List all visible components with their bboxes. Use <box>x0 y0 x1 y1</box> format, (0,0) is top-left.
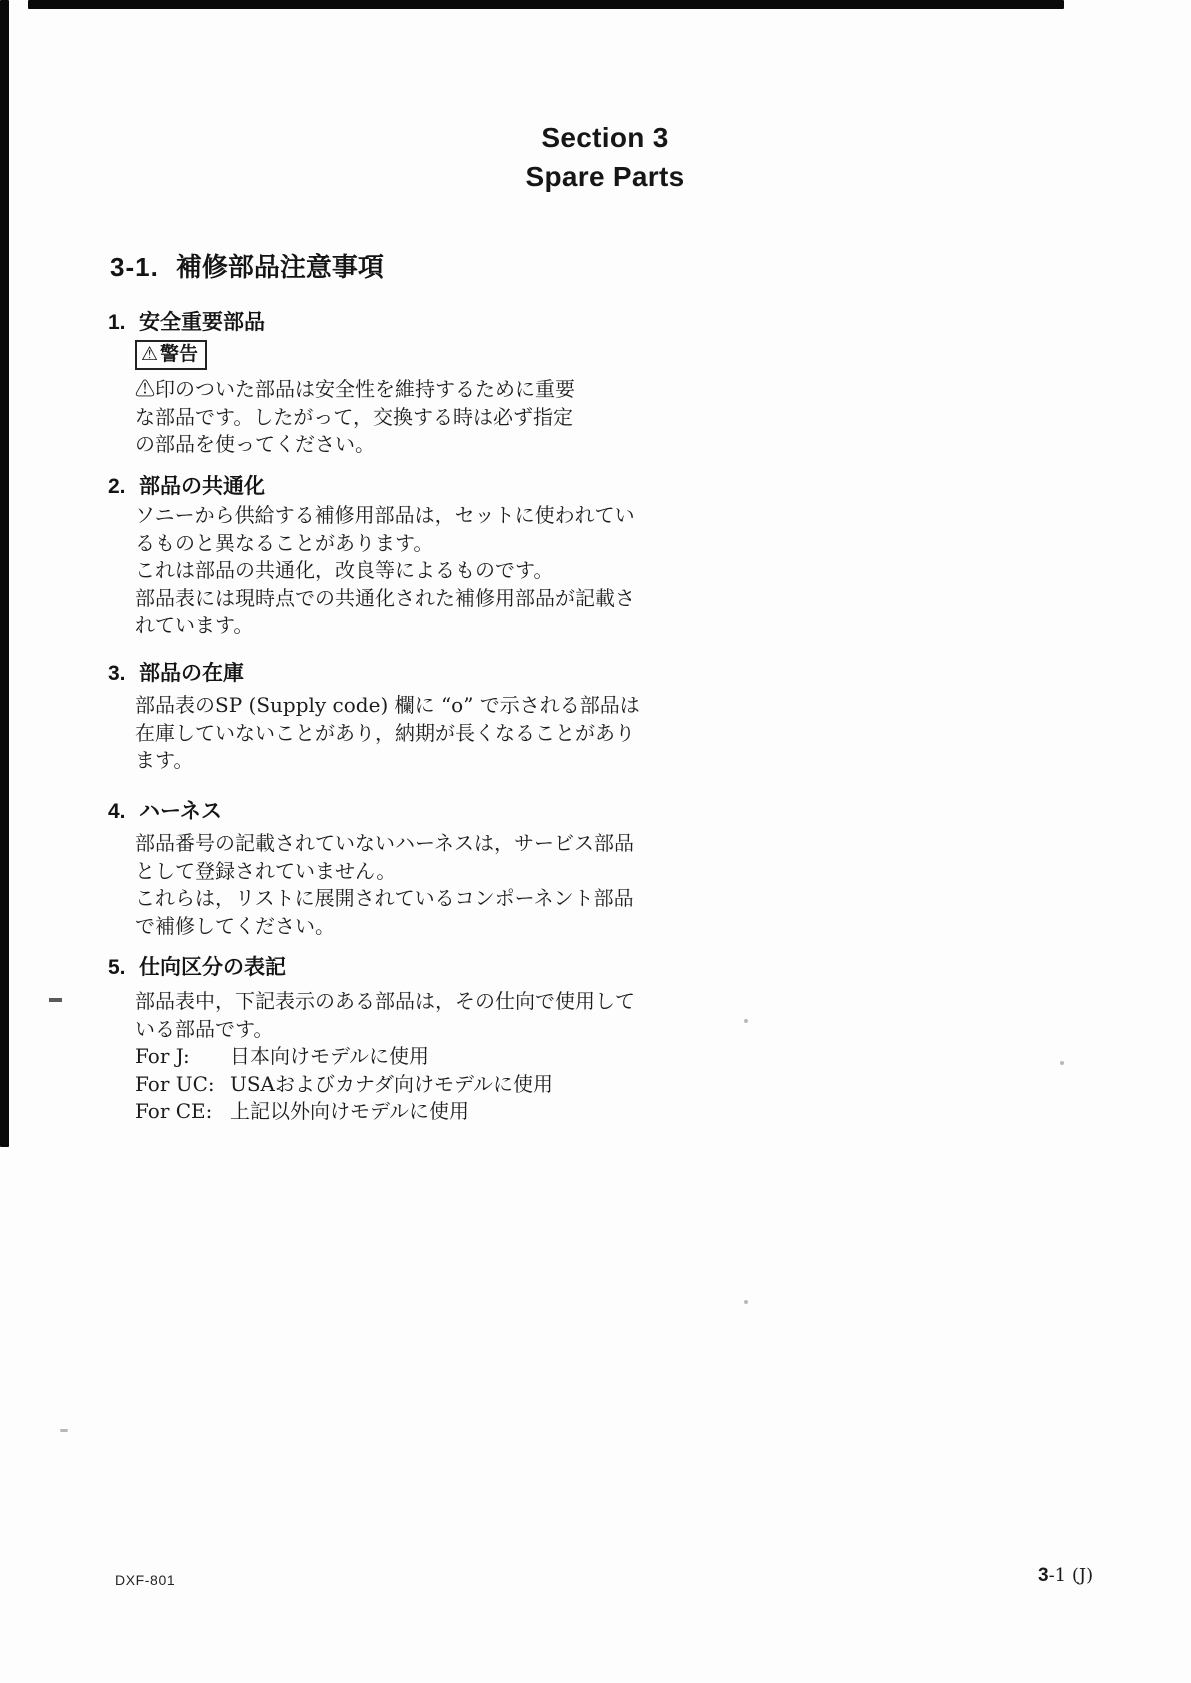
warning-triangle-icon: ⚠ <box>141 344 158 365</box>
section-heading: 3-1.補修部品注意事項 <box>110 247 384 284</box>
warning-label: 警告 <box>160 344 198 365</box>
item-5-body: 部品表中，下記表示のある部品は，その仕向で使用して いる部品です。 For J:… <box>135 988 628 1126</box>
item-line: これらは，リストに展開されているコンポーネント部品 <box>135 885 628 913</box>
item-1-title: 安全重要部品 <box>139 311 265 334</box>
item-line: るものと異なることがあります。 <box>135 530 628 558</box>
destination-row: For CE:上記以外向けモデルに使用 <box>135 1098 628 1126</box>
item-line: 部品番号の記載されていないハーネスは，サービス部品 <box>135 830 628 858</box>
destination-text: 日本向けモデルに使用 <box>230 1044 429 1068</box>
destination-row: For J:日本向けモデルに使用 <box>135 1043 628 1071</box>
item-5-heading: 5.仕向区分の表記 <box>108 956 628 980</box>
footer-page-number-rest: -1 (J) <box>1049 1565 1094 1586</box>
item-1-number: 1. <box>108 311 139 335</box>
footer-page-number: 3-1 (J) <box>1038 1565 1093 1587</box>
scan-artifact-top-bar <box>28 0 1064 9</box>
item-2: 2.部品の共通化 ソニーから供給する補修用部品は，セットに使われてい るものと異… <box>108 475 628 640</box>
item-line: として登録されていません。 <box>135 858 628 886</box>
item-3: 3.部品の在庫 部品表のSP (Supply code) 欄に “o” で示され… <box>108 662 628 775</box>
scan-speckle <box>60 1429 68 1432</box>
item-4-body: 部品番号の記載されていないハーネスは，サービス部品 として登録されていません。 … <box>135 830 628 940</box>
destination-text: 上記以外向けモデルに使用 <box>230 1099 469 1123</box>
section-subtitle: Spare Parts <box>0 157 1191 196</box>
section-heading-number: 3-1. <box>110 252 159 282</box>
item-line: 部品表には現時点での共通化された補修用部品が記載さ <box>135 585 628 613</box>
item-5-title: 仕向区分の表記 <box>139 956 286 979</box>
item-line: いる部品です。 <box>135 1016 628 1044</box>
item-2-heading: 2.部品の共通化 <box>108 475 628 499</box>
item-line: 部品表のSP (Supply code) 欄に “o” で示される部品は <box>135 692 628 720</box>
destination-row: For UC:USAおよびカナダ向けモデルに使用 <box>135 1071 628 1099</box>
item-5-number: 5. <box>108 956 139 980</box>
destination-label: For J: <box>135 1043 230 1071</box>
item-3-heading: 3.部品の在庫 <box>108 662 628 686</box>
destination-label: For UC: <box>135 1071 230 1099</box>
item-line: な部品です。したがって，交換する時は必ず指定 <box>135 404 628 432</box>
item-1-body: ⚠印のついた部品は安全性を維持するために重要 な部品です。したがって，交換する時… <box>135 376 628 459</box>
item-4-title: ハーネス <box>139 800 222 823</box>
item-3-number: 3. <box>108 662 139 686</box>
item-line: れています。 <box>135 612 628 640</box>
footer-page-number-bold: 3 <box>1038 1565 1049 1586</box>
scan-artifact-dash <box>49 998 62 1002</box>
warning-box: ⚠警告 <box>135 340 207 370</box>
item-2-title: 部品の共通化 <box>139 475 265 498</box>
item-1: 1.安全重要部品 ⚠警告 ⚠印のついた部品は安全性を維持するために重要 な部品で… <box>108 311 628 459</box>
page-title-block: Section 3 Spare Parts <box>0 118 1191 196</box>
scan-speckle <box>744 1019 748 1023</box>
item-line: ソニーから供給する補修用部品は，セットに使われてい <box>135 502 628 530</box>
scan-speckle <box>744 1300 748 1304</box>
section-title: Section 3 <box>0 118 1191 157</box>
item-line: ます。 <box>135 747 628 775</box>
item-line: ⚠印のついた部品は安全性を維持するために重要 <box>135 376 628 404</box>
section-heading-title: 補修部品注意事項 <box>176 252 384 282</box>
item-3-body: 部品表のSP (Supply code) 欄に “o” で示される部品は 在庫し… <box>135 692 628 775</box>
item-3-title: 部品の在庫 <box>139 662 244 685</box>
item-line: 部品表中，下記表示のある部品は，その仕向で使用して <box>135 988 628 1016</box>
item-4-number: 4. <box>108 800 139 824</box>
item-line: 在庫していないことがあり，納期が長くなることがあり <box>135 720 628 748</box>
item-line: の部品を使ってください。 <box>135 431 628 459</box>
item-2-body: ソニーから供給する補修用部品は，セットに使われてい るものと異なることがあります… <box>135 502 628 640</box>
item-line: で補修してください。 <box>135 913 628 941</box>
footer-model-number: DXF-801 <box>115 1572 175 1588</box>
destination-text: USAおよびカナダ向けモデルに使用 <box>230 1072 553 1096</box>
item-5: 5.仕向区分の表記 部品表中，下記表示のある部品は，その仕向で使用して いる部品… <box>108 956 628 1126</box>
item-2-number: 2. <box>108 475 139 499</box>
scan-speckle <box>1060 1061 1064 1065</box>
destination-label: For CE: <box>135 1098 230 1126</box>
page: Section 3 Spare Parts 3-1.補修部品注意事項 1.安全重… <box>0 0 1191 1683</box>
item-line: これは部品の共通化，改良等によるものです。 <box>135 557 628 585</box>
item-4-heading: 4.ハーネス <box>108 800 628 824</box>
item-4: 4.ハーネス 部品番号の記載されていないハーネスは，サービス部品 として登録され… <box>108 800 628 940</box>
item-1-heading: 1.安全重要部品 <box>108 311 628 335</box>
